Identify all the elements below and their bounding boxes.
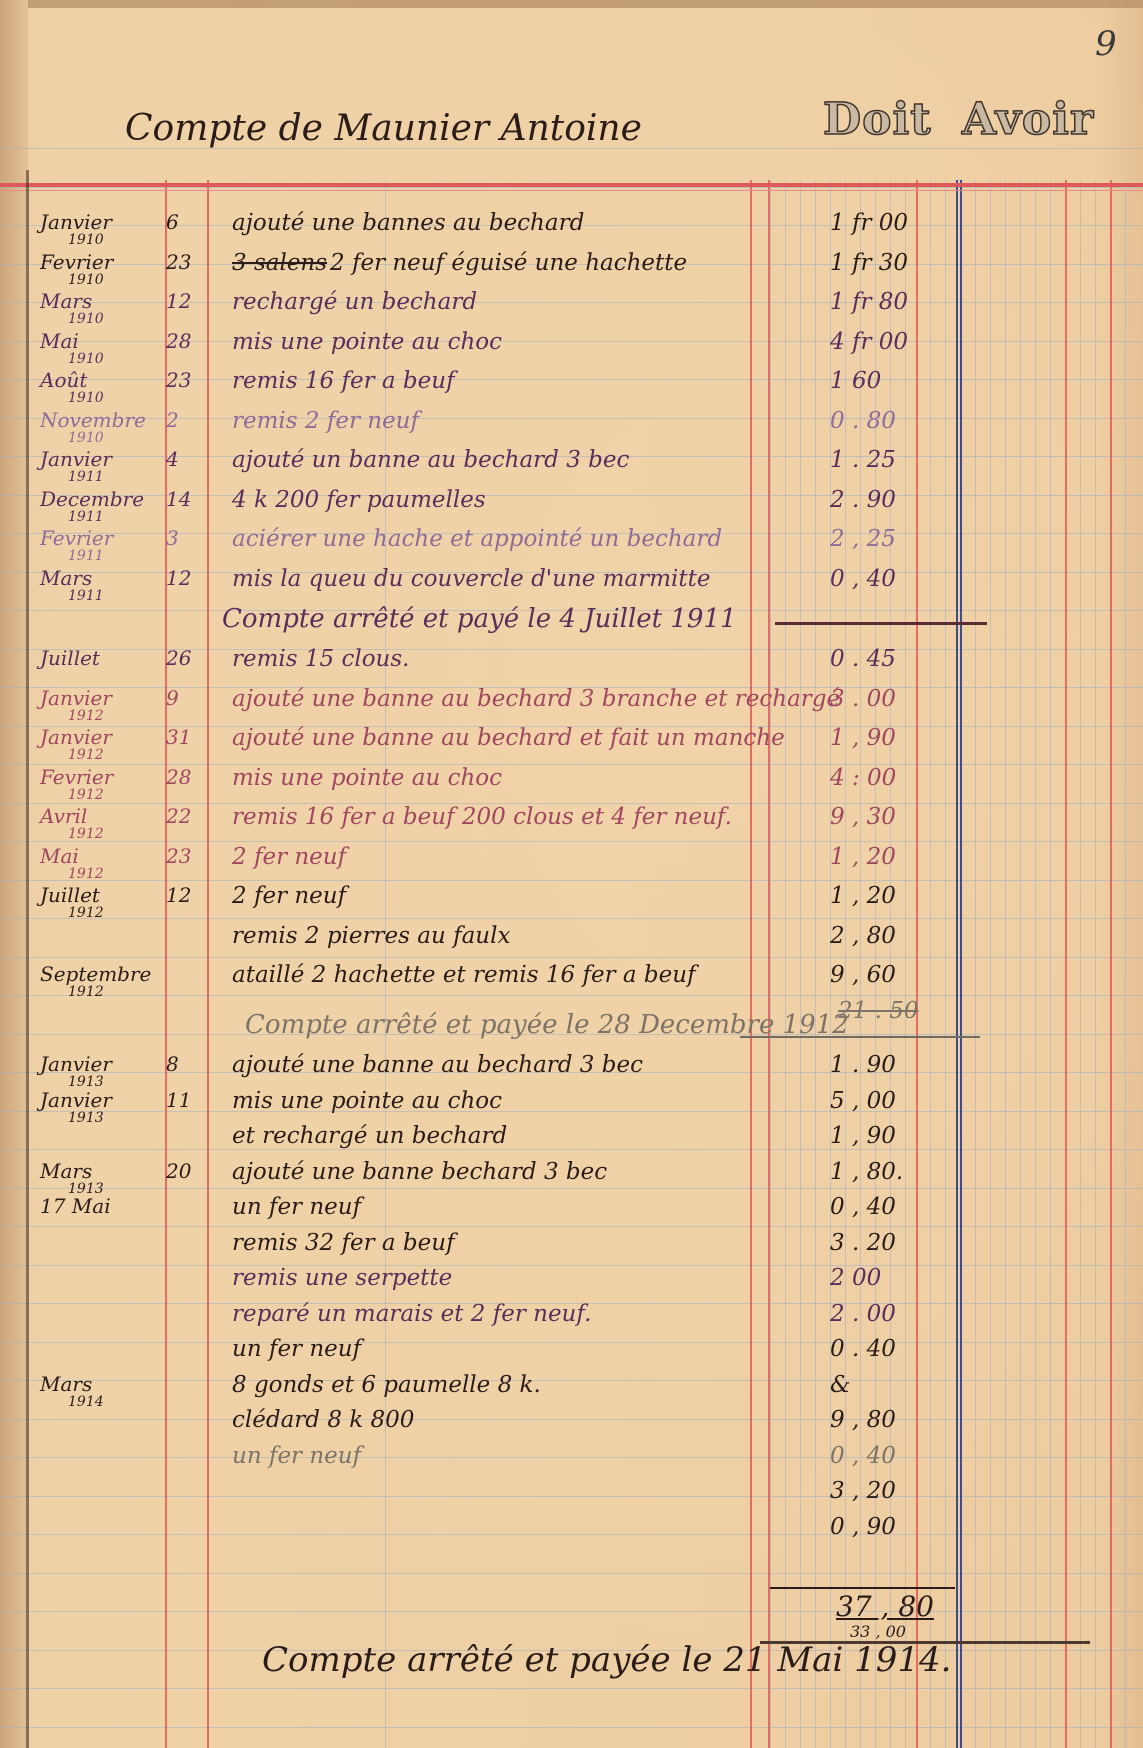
entry-description: 2 fer neuf éguisé une hachette <box>330 250 687 276</box>
entry-description: aciérer une hache et appointé un bechard <box>232 526 722 552</box>
entry-description: remis 16 fer a beuf 200 clous et 4 fer n… <box>232 804 732 830</box>
entry-day: 28 <box>166 329 191 353</box>
settlement-rule <box>775 622 987 625</box>
entry-description: remis 2 pierres au faulx <box>232 923 510 949</box>
entry-description: mis la queu du couvercle d'une marmitte <box>232 566 710 592</box>
entry-description: ajouté une banne bechard 3 bec <box>232 1159 607 1185</box>
entry-month: Janvier <box>40 1088 112 1112</box>
entry-month: Août <box>40 368 87 392</box>
ledger-entry: Septembre1912ataillé 2 hachette et remis… <box>0 962 1143 1000</box>
entry-description: ajouté une banne au bechard et fait un m… <box>232 725 785 751</box>
ledger-entry: Janvier19129ajouté une banne au bechard … <box>0 686 1143 724</box>
entry-description: mis une pointe au choc <box>232 765 502 791</box>
entry-description: ataillé 2 hachette et remis 16 fer a beu… <box>232 962 696 988</box>
ledger-entry: Juillet1912122 fer neuf1 , 20 <box>0 883 1143 921</box>
entry-year: 1910 <box>68 232 104 248</box>
ledger-entry: Fevrier1910232 fer neuf éguisé une hache… <box>0 250 1143 288</box>
entry-day: 6 <box>166 210 179 234</box>
entry-amount: 0 , 40 <box>830 1194 940 1220</box>
entry-description: remis 32 fer a beuf <box>232 1230 455 1256</box>
entry-description: reparé un marais et 2 fer neuf. <box>232 1301 591 1327</box>
entry-day: 14 <box>166 487 191 511</box>
entry-amount: 1 , 20 <box>830 883 940 909</box>
entry-month: Mars <box>40 566 92 590</box>
entry-month: Janvier <box>40 1052 112 1076</box>
ledger-entry: Janvier19138ajouté une banne au bechard … <box>0 1052 1143 1090</box>
entry-year: 1911 <box>68 548 104 564</box>
ledger-entry: Juillet26remis 15 clous.0 . 45 <box>0 646 1143 684</box>
entry-day: 12 <box>166 289 191 313</box>
ledger-entry: Janvier19106ajouté une bannes au bechard… <box>0 210 1143 248</box>
entry-amount: 3 . 00 <box>830 686 940 712</box>
entry-year: 1910 <box>68 311 104 327</box>
ledger-entry: Janvier19114ajouté un banne au bechard 3… <box>0 447 1143 485</box>
ledger-entry: un fer neuf0 . 40 <box>0 1336 1143 1374</box>
entry-amount: 1 , 80. <box>830 1159 940 1185</box>
ledger-entry: Fevrier191228mis une pointe au choc4 : 0… <box>0 765 1143 803</box>
entry-amount: & <box>830 1372 940 1398</box>
ledger-entry: Mars191012rechargé un bechard1 fr 80 <box>0 289 1143 327</box>
entry-description: remis une serpette <box>232 1265 452 1291</box>
credit-heading: Avoir <box>962 94 1094 145</box>
entry-day: 11 <box>166 1088 191 1112</box>
entry-amount: 4 fr 00 <box>830 329 940 355</box>
entry-day: 3 <box>166 526 179 550</box>
ledger-entry: 17 Maiun fer neuf0 , 40 <box>0 1194 1143 1232</box>
ledger-entry: remis 32 fer a beuf3 . 20 <box>0 1230 1143 1268</box>
ledger-entry: Janvier191311mis une pointe au choc5 , 0… <box>0 1088 1143 1126</box>
ledger-entry: remis une serpette2 00 <box>0 1265 1143 1303</box>
entry-amount: 0 . 40 <box>830 1336 940 1362</box>
entry-month: Mai <box>40 844 79 868</box>
entry-day: 23 <box>166 844 191 868</box>
entry-month: Decembre <box>40 487 144 511</box>
entry-description: un fer neuf <box>232 1194 361 1220</box>
entry-amount: 3 . 20 <box>830 1230 940 1256</box>
entry-month: Novembre <box>40 408 146 432</box>
entry-day: 22 <box>166 804 191 828</box>
entry-amount: 1 fr 80 <box>830 289 940 315</box>
entry-amount: 1 . 25 <box>830 447 940 473</box>
entry-amount: 1 , 20 <box>830 844 940 870</box>
entry-month: Janvier <box>40 447 112 471</box>
entry-day: 23 <box>166 368 191 392</box>
entry-description: ajouté une banne au bechard 3 branche et… <box>232 686 840 712</box>
entry-description: 2 fer neuf <box>232 844 346 870</box>
ledger-entry: un fer neuf0 , 40 <box>0 1443 1143 1481</box>
entry-description: ajouté une bannes au bechard <box>232 210 584 236</box>
entry-amount: 1 fr 00 <box>830 210 940 236</box>
entry-amount: 0 . 80 <box>830 408 940 434</box>
page-number: 9 <box>1095 24 1117 64</box>
entry-month: Juillet <box>40 883 100 907</box>
entry-amount: 1 , 90 <box>830 725 940 751</box>
entry-amount: 0 , 90 <box>830 1514 940 1540</box>
entry-amount: 1 fr 30 <box>830 250 940 276</box>
entry-month: Fevrier <box>40 765 113 789</box>
entry-year: 1910 <box>68 351 104 367</box>
ledger-entry: 0 , 90 <box>0 1514 1143 1552</box>
entry-year: 1910 <box>68 390 104 406</box>
settlement-rule <box>740 1036 980 1038</box>
ledger-entry: Mai1912232 fer neuf1 , 20 <box>0 844 1143 882</box>
entry-description: mis une pointe au choc <box>232 329 502 355</box>
entry-description: 8 gonds et 6 paumelle 8 k. <box>232 1372 541 1398</box>
ruling-line <box>0 1727 1143 1728</box>
header-rule <box>0 183 1143 187</box>
entry-day: 12 <box>166 566 191 590</box>
entry-description: 4 k 200 fer paumelles <box>232 487 486 513</box>
entry-description: remis 15 clous. <box>232 646 409 672</box>
entry-amount: 1 60 <box>830 368 940 394</box>
struck-total: 33 , 00 <box>850 1622 906 1641</box>
grand-total: 37 , 80 <box>836 1590 934 1623</box>
ledger-entry: Mars191320ajouté une banne bechard 3 bec… <box>0 1159 1143 1197</box>
entry-year: 1912 <box>68 787 104 803</box>
ruling-line <box>0 1688 1143 1689</box>
ledger-entry: Novembre19102remis 2 fer neuf0 . 80 <box>0 408 1143 446</box>
entry-month: Juillet <box>40 646 100 670</box>
entry-month: Mai <box>40 329 79 353</box>
entry-amount: 0 , 40 <box>830 1443 940 1469</box>
entry-year: 1911 <box>68 588 104 604</box>
entry-amount: 2 , 25 <box>830 526 940 552</box>
entry-description: un fer neuf <box>232 1336 361 1362</box>
settlement-1914: Compte arrêté et payée le 21 Mai 1914. <box>262 1640 951 1680</box>
entry-amount: 2 , 80 <box>830 923 940 949</box>
entry-day: 26 <box>166 646 191 670</box>
entry-description: 2 fer neuf <box>232 883 346 909</box>
ledger-entry: Fevrier19113aciérer une hache et appoint… <box>0 526 1143 564</box>
entry-description: mis une pointe au choc <box>232 1088 502 1114</box>
ruling-line <box>0 187 1143 188</box>
ledger-entry: Janvier191231ajouté une banne au bechard… <box>0 725 1143 763</box>
entry-year: 1912 <box>68 826 104 842</box>
entry-day: 23 <box>166 250 191 274</box>
entry-amount: 9 , 60 <box>830 962 940 988</box>
entry-day: 20 <box>166 1159 191 1183</box>
entry-amount: 1 , 90 <box>830 1123 940 1149</box>
ledger-entry: Avril191222remis 16 fer a beuf 200 clous… <box>0 804 1143 842</box>
entry-amount: 0 , 40 <box>830 566 940 592</box>
entry-day: 2 <box>166 408 179 432</box>
ledger-entry: et rechargé un bechard1 , 90 <box>0 1123 1143 1161</box>
ledger-entry: Decembre1911144 k 200 fer paumelles2 . 9… <box>0 487 1143 525</box>
entry-month: Janvier <box>40 725 112 749</box>
ledger-entry: Mars191112mis la queu du couvercle d'une… <box>0 566 1143 604</box>
entry-year: 1912 <box>68 866 104 882</box>
entry-year: 1912 <box>68 747 104 763</box>
entry-day: 8 <box>166 1052 179 1076</box>
entry-description: ajouté une banne au bechard 3 bec <box>232 1052 643 1078</box>
ruling-line <box>0 1611 1143 1612</box>
header-rule <box>0 190 1143 191</box>
entry-amount: 9 , 30 <box>830 804 940 830</box>
total-rule <box>770 1587 955 1589</box>
ledger-entry: 3 , 20 <box>0 1478 1143 1516</box>
ledger-page: 9 Compte de Maunier Antoine Doit Avoir J… <box>0 0 1143 1748</box>
entry-day: 28 <box>166 765 191 789</box>
entry-description: remis 16 fer a beuf <box>232 368 455 394</box>
entry-month: Mars <box>40 1159 92 1183</box>
entry-year: 1911 <box>68 509 104 525</box>
entry-year: 1910 <box>68 430 104 446</box>
entry-description: et rechargé un bechard <box>232 1123 507 1149</box>
settlement-1911: Compte arrêté et payé le 4 Juillet 1911 <box>222 604 737 634</box>
entry-amount: 2 . 90 <box>830 487 940 513</box>
entry-year: 1912 <box>68 708 104 724</box>
entry-year: 1910 <box>68 272 104 288</box>
entry-description: rechargé un bechard <box>232 289 477 315</box>
entry-month: 17 Mai <box>40 1194 111 1218</box>
entry-description: remis 2 fer neuf <box>232 408 419 434</box>
entry-year: 1911 <box>68 469 104 485</box>
entry-day: 31 <box>166 725 191 749</box>
entry-year: 1912 <box>68 905 104 921</box>
entry-amount: 5 , 00 <box>830 1088 940 1114</box>
struck-text: 3 salens <box>232 250 327 276</box>
entry-amount: 2 00 <box>830 1265 940 1291</box>
entry-description: un fer neuf <box>232 1443 361 1469</box>
entry-amount: 4 : 00 <box>830 765 940 791</box>
entry-month: Mars <box>40 289 92 313</box>
entry-month: Janvier <box>40 686 112 710</box>
entry-year: 1912 <box>68 984 104 1000</box>
entry-amount: 9 , 80 <box>830 1407 940 1433</box>
entry-month: Fevrier <box>40 250 113 274</box>
settlement-1912-amount: 21 . 50 <box>838 998 918 1024</box>
ledger-entry: Mai191028mis une pointe au choc4 fr 00 <box>0 329 1143 367</box>
entry-amount: 3 , 20 <box>830 1478 940 1504</box>
entry-day: 12 <box>166 883 191 907</box>
debit-heading: Doit <box>823 94 932 145</box>
entry-month: Janvier <box>40 210 112 234</box>
ledger-entry: clédard 8 k 8009 , 80 <box>0 1407 1143 1445</box>
account-title: Compte de Maunier Antoine <box>125 108 642 149</box>
entry-day: 4 <box>166 447 179 471</box>
entry-month: Mars <box>40 1372 92 1396</box>
entry-day: 9 <box>166 686 179 710</box>
entry-description: clédard 8 k 800 <box>232 1407 414 1433</box>
entry-amount: 2 . 00 <box>830 1301 940 1327</box>
ledger-entry: reparé un marais et 2 fer neuf.2 . 00 <box>0 1301 1143 1339</box>
entry-month: Fevrier <box>40 526 113 550</box>
entry-description: ajouté un banne au bechard 3 bec <box>232 447 629 473</box>
ledger-entry: Mars19148 gonds et 6 paumelle 8 k.& <box>0 1372 1143 1410</box>
ledger-entry: remis 2 pierres au faulx2 , 80 <box>0 923 1143 961</box>
ruling-line <box>0 1573 1143 1574</box>
page-top-edge <box>0 0 1143 8</box>
entry-amount: 0 . 45 <box>830 646 940 672</box>
entry-month: Septembre <box>40 962 151 986</box>
entry-amount: 1 . 90 <box>830 1052 940 1078</box>
entry-month: Avril <box>40 804 87 828</box>
ledger-entry: Août191023remis 16 fer a beuf1 60 <box>0 368 1143 406</box>
